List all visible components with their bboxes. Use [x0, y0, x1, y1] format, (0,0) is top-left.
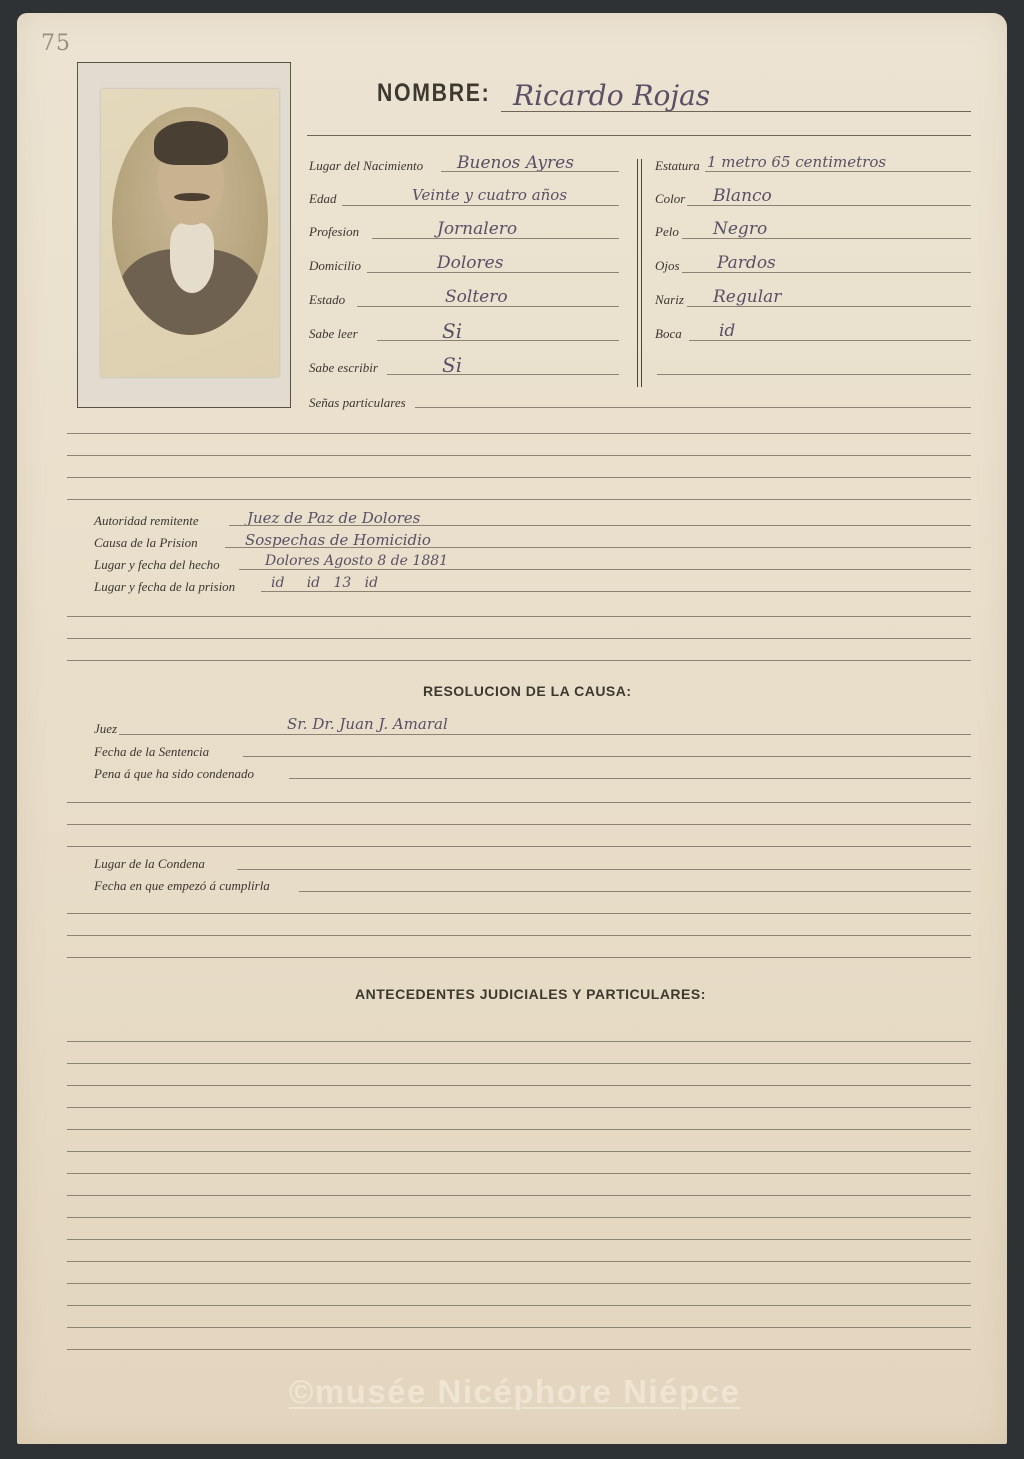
portrait-oval [112, 107, 268, 335]
rule [657, 374, 971, 375]
label-sabe-leer: Sabe leer [309, 326, 358, 342]
rule [289, 778, 971, 779]
record-card: 75 NOMBRE: Ricardo Rojas Lugar del Nacim… [17, 13, 1007, 1444]
blank-rule [67, 824, 971, 825]
rule [243, 756, 971, 757]
blank-rule [67, 638, 971, 639]
label-sabe-escribir: Sabe escribir [309, 360, 378, 376]
label-domicilio: Domicilio [309, 258, 361, 274]
blank-rule [67, 802, 971, 803]
rule [367, 272, 619, 273]
blank-rule [67, 1063, 971, 1064]
blank-rule [67, 1107, 971, 1108]
antecedentes-heading: ANTECEDENTES JUDICIALES Y PARTICULARES: [355, 986, 706, 1002]
rule [225, 547, 971, 548]
value-lugar-fecha-hecho: Dolores Agosto 8 de 1881 [265, 553, 448, 569]
page-number: 75 [41, 31, 71, 56]
value-pelo: Negro [713, 219, 767, 239]
blank-rule [67, 499, 971, 500]
label-fecha-sentencia: Fecha de la Sentencia [94, 744, 209, 760]
nombre-label: NOMBRE: [377, 79, 490, 108]
label-pelo: Pelo [655, 224, 679, 240]
rule [687, 205, 971, 206]
blank-rule [67, 1261, 971, 1262]
copyright-watermark: ©musée Nicéphore Niépce [289, 1373, 740, 1411]
blank-rule [67, 1349, 971, 1350]
blank-rule [67, 913, 971, 914]
blank-rule [67, 846, 971, 847]
value-estado: Soltero [445, 287, 508, 307]
blank-rule [67, 433, 971, 434]
rule [377, 340, 619, 341]
rule [299, 891, 971, 892]
hair-shape [154, 121, 228, 165]
blank-rule [67, 1085, 971, 1086]
label-boca: Boca [655, 326, 682, 342]
rule [239, 569, 971, 570]
label-lugar-nacimiento: Lugar del Nacimiento [309, 158, 423, 174]
blank-rule [67, 1327, 971, 1328]
rule [682, 238, 971, 239]
blank-rule [67, 1129, 971, 1130]
label-causa-prision: Causa de la Prision [94, 535, 198, 551]
label-senas-particulares: Señas particulares [309, 395, 406, 411]
nombre-value: Ricardo Rojas [513, 79, 710, 112]
blank-rule [67, 1217, 971, 1218]
rule [689, 340, 971, 341]
label-estatura: Estatura [655, 158, 700, 174]
photo-frame [77, 62, 291, 408]
scarf-shape [170, 223, 214, 293]
blank-rule [67, 935, 971, 936]
blank-rule [67, 1239, 971, 1240]
rule [682, 272, 971, 273]
mustache-shape [174, 193, 210, 201]
blank-rule [67, 455, 971, 456]
label-lugar-fecha-hecho: Lugar y fecha del hecho [94, 557, 220, 573]
rule [372, 238, 619, 239]
rule [705, 171, 971, 172]
label-fecha-cumplirla: Fecha en que empezó á cumplirla [94, 878, 270, 894]
rule [415, 407, 971, 408]
blank-rule [67, 1173, 971, 1174]
blank-rule [67, 1195, 971, 1196]
blank-rule [67, 957, 971, 958]
blank-rule [67, 1151, 971, 1152]
value-boca: id [719, 321, 735, 341]
rule [229, 525, 971, 526]
nombre-underline [501, 111, 971, 112]
rule [119, 734, 971, 735]
value-lugar-fecha-prision: id id 13 id [271, 575, 378, 591]
column-divider [637, 159, 642, 387]
rule [441, 171, 619, 172]
blank-rule [67, 616, 971, 617]
value-color: Blanco [713, 186, 772, 206]
value-lugar-nacimiento: Buenos Ayres [457, 153, 574, 173]
rule [357, 306, 619, 307]
value-estatura: 1 metro 65 centimetros [707, 153, 886, 171]
label-profesion: Profesion [309, 224, 359, 240]
label-lugar-fecha-prision: Lugar y fecha de la prision [94, 579, 235, 595]
rule [237, 869, 971, 870]
portrait-photo [101, 89, 279, 377]
blank-rule [67, 1041, 971, 1042]
blank-rule [67, 1283, 971, 1284]
value-domicilio: Dolores [437, 253, 503, 273]
rule [387, 374, 619, 375]
header-rule [307, 135, 971, 136]
rule [342, 205, 619, 206]
blank-rule [67, 1305, 971, 1306]
label-ojos: Ojos [655, 258, 680, 274]
value-edad: Veinte y cuatro años [412, 186, 567, 204]
resolucion-heading: RESOLUCION DE LA CAUSA: [423, 683, 632, 699]
value-juez: Sr. Dr. Juan J. Amaral [287, 715, 448, 733]
rule [687, 306, 971, 307]
value-profesion: Jornalero [437, 219, 517, 239]
blank-rule [67, 660, 971, 661]
label-juez: Juez [94, 721, 117, 737]
label-estado: Estado [309, 292, 345, 308]
label-autoridad-remitente: Autoridad remitente [94, 513, 199, 529]
label-pena: Pena á que ha sido condenado [94, 766, 254, 782]
value-ojos: Pardos [717, 253, 776, 273]
value-nariz: Regular [713, 287, 781, 307]
rule [261, 591, 971, 592]
label-nariz: Nariz [655, 292, 684, 308]
label-lugar-condena: Lugar de la Condena [94, 856, 205, 872]
label-edad: Edad [309, 191, 336, 207]
label-color: Color [655, 191, 685, 207]
blank-rule [67, 477, 971, 478]
